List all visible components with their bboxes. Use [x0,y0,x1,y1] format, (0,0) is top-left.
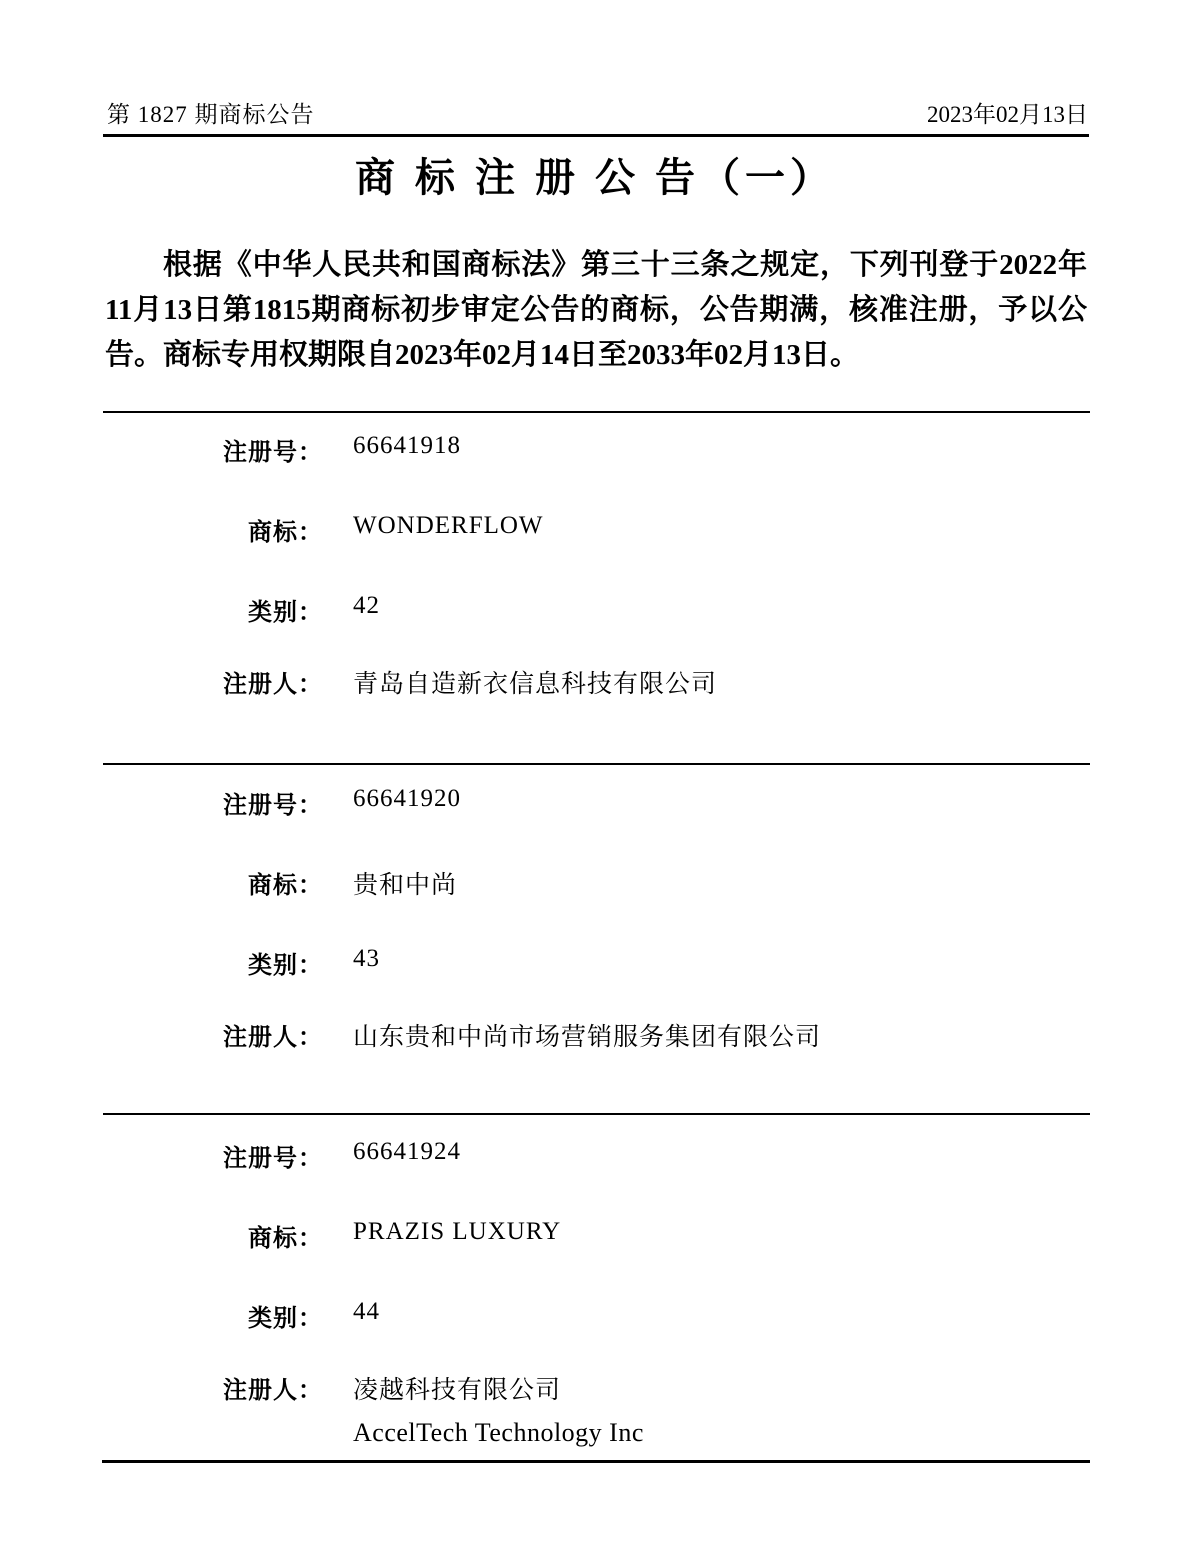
page-title: 商 标 注 册 公 告（一） [100,146,1090,203]
reg-no-value: 66641924 [353,1138,461,1166]
trademark-value: 贵和中尚 [353,865,457,901]
reg-no-value: 66641918 [353,432,461,460]
class-value: 43 [353,945,380,973]
class-row: 类别： 44 [100,1298,1090,1333]
class-value: 42 [353,592,380,620]
registrant-row: 注册人： 山东贵和中尚市场营销服务集团有限公司 [100,1017,1090,1065]
trademark-entry: 注册号： 66641920 商标： 贵和中尚 类别： 43 注册人： 山东贵和中… [100,785,1090,1085]
class-row: 类别： 42 [100,592,1090,627]
header-date: 2023年02月13日 [927,96,1088,129]
bottom-rule [102,1460,1090,1463]
reg-no-value: 66641920 [353,785,461,813]
intro-paragraph: 根据《中华人民共和国商标法》第三十三条之规定，下列刊登于2022年11月13日第… [105,243,1087,378]
entry-divider [103,1113,1090,1115]
trademark-row: 商标： WONDERFLOW [100,512,1090,547]
registrant-value: 凌越科技有限公司 [353,1370,644,1406]
registrant-en-value: AccelTech Technology Inc [353,1418,644,1448]
class-row: 类别： 43 [100,945,1090,980]
trademark-entry: 注册号： 66641918 商标： WONDERFLOW 类别： 42 注册人：… [100,432,1090,732]
entry-divider [103,763,1090,765]
trademark-row: 商标： PRAZIS LUXURY [100,1218,1090,1253]
class-value: 44 [353,1298,380,1326]
reg-no-row: 注册号： 66641918 [100,432,1090,467]
reg-no-label: 注册号： [100,785,323,820]
registrant-value: 山东贵和中尚市场营销服务集团有限公司 [353,1017,821,1053]
trademark-value: WONDERFLOW [353,512,544,540]
reg-no-row: 注册号： 66641924 [100,1138,1090,1173]
class-label: 类别： [100,1298,323,1333]
trademark-value: PRAZIS LUXURY [353,1218,561,1246]
trademark-row: 商标： 贵和中尚 [100,865,1090,901]
header-issue-number: 第 1827 期商标公告 [107,96,315,129]
class-label: 类别： [100,945,323,980]
registrant-label: 注册人： [100,1370,323,1405]
header-rule [103,134,1089,137]
reg-no-label: 注册号： [100,432,323,467]
trademark-label: 商标： [100,865,323,900]
reg-no-row: 注册号： 66641920 [100,785,1090,820]
registrant-label: 注册人： [100,1017,323,1052]
trademark-entry: 注册号： 66641924 商标： PRAZIS LUXURY 类别： 44 注… [100,1138,1090,1438]
class-label: 类别： [100,592,323,627]
registrant-row: 注册人： 凌越科技有限公司 AccelTech Technology Inc [100,1370,1090,1448]
reg-no-label: 注册号： [100,1138,323,1173]
registrant-value: 青岛自造新衣信息科技有限公司 [353,664,717,700]
trademark-label: 商标： [100,1218,323,1253]
trademark-label: 商标： [100,512,323,547]
registrant-label: 注册人： [100,664,323,699]
entry-divider [103,411,1090,413]
registrant-row: 注册人： 青岛自造新衣信息科技有限公司 [100,664,1090,712]
